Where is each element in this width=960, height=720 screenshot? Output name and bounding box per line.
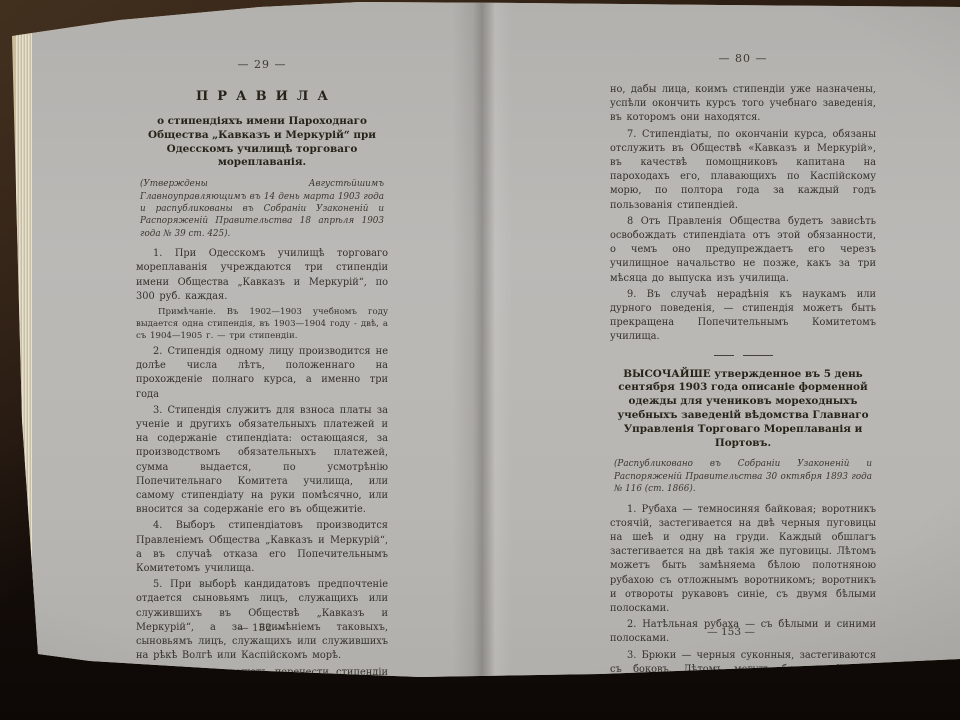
right-sheet-number: — 153 —: [598, 626, 864, 638]
paragraph-continuation: но, дабы лица, коимъ стипендіи уже назна…: [610, 83, 876, 126]
remark-note: Примѣчаніе. Въ 1902—1903 учебномъ году в…: [136, 306, 388, 342]
left-page: — 29 — ПРАВИЛА о стипендіяхъ имени Парох…: [136, 58, 388, 720]
uniform-decree-heading: ВЫСОЧАЙШЕ утвержденное въ 5 день сентябр…: [610, 368, 876, 451]
right-page-number: — 80 —: [610, 52, 876, 65]
paragraph-9: 9. Въ случаѣ нерадѣнія къ наукамъ или ду…: [610, 288, 876, 345]
rules-subtitle: о стипендіяхъ имени Пароходнаго Общества…: [136, 115, 388, 170]
paragraph-6: 6. Общество можетъ перенести стипендіи н…: [136, 666, 388, 720]
paragraph-1: 1. При Одесскомъ училищѣ торговаго мореп…: [136, 247, 388, 304]
paragraph-5: 5. При выборѣ кандидатовъ предпочтеніе о…: [136, 578, 388, 663]
paragraph-2: 2. Стипендія одному лицу производится не…: [136, 345, 388, 402]
paragraph-4: 4. Выборъ стипендіатовъ производится Пра…: [136, 519, 388, 576]
paragraph-8: 8 Отъ Правленія Общества будетъ зависѣть…: [610, 215, 876, 286]
section-divider: [610, 355, 876, 356]
approval-note: (Утверждены Августѣйшимъ Главноуправляющ…: [140, 178, 384, 240]
publication-note: (Распубликовано въ Собраніи Узаконеній и…: [614, 458, 872, 495]
uniform-paragraph-1: 1. Рубаха — темносиняя байковая; воротни…: [610, 503, 876, 617]
rules-title: ПРАВИЛА: [136, 89, 388, 104]
open-book: — 29 — ПРАВИЛА о стипендіяхъ имени Парох…: [0, 0, 960, 720]
paragraph-3: 3. Стипендія служитъ для взноса платы за…: [136, 404, 388, 518]
right-page: — 80 — но, дабы лица, коимъ стипендіи уж…: [610, 52, 876, 693]
wooden-table-background: — 29 — ПРАВИЛА о стипендіяхъ имени Парох…: [0, 0, 960, 720]
left-sheet-number: — 152 —: [136, 622, 388, 634]
paragraph-7: 7. Стипендіаты, по окончаніи курса, обяз…: [610, 128, 876, 213]
left-page-number: — 29 —: [136, 58, 388, 71]
uniform-paragraph-3: 3. Брюки — черныя суконныя, застегиваютс…: [610, 649, 876, 692]
